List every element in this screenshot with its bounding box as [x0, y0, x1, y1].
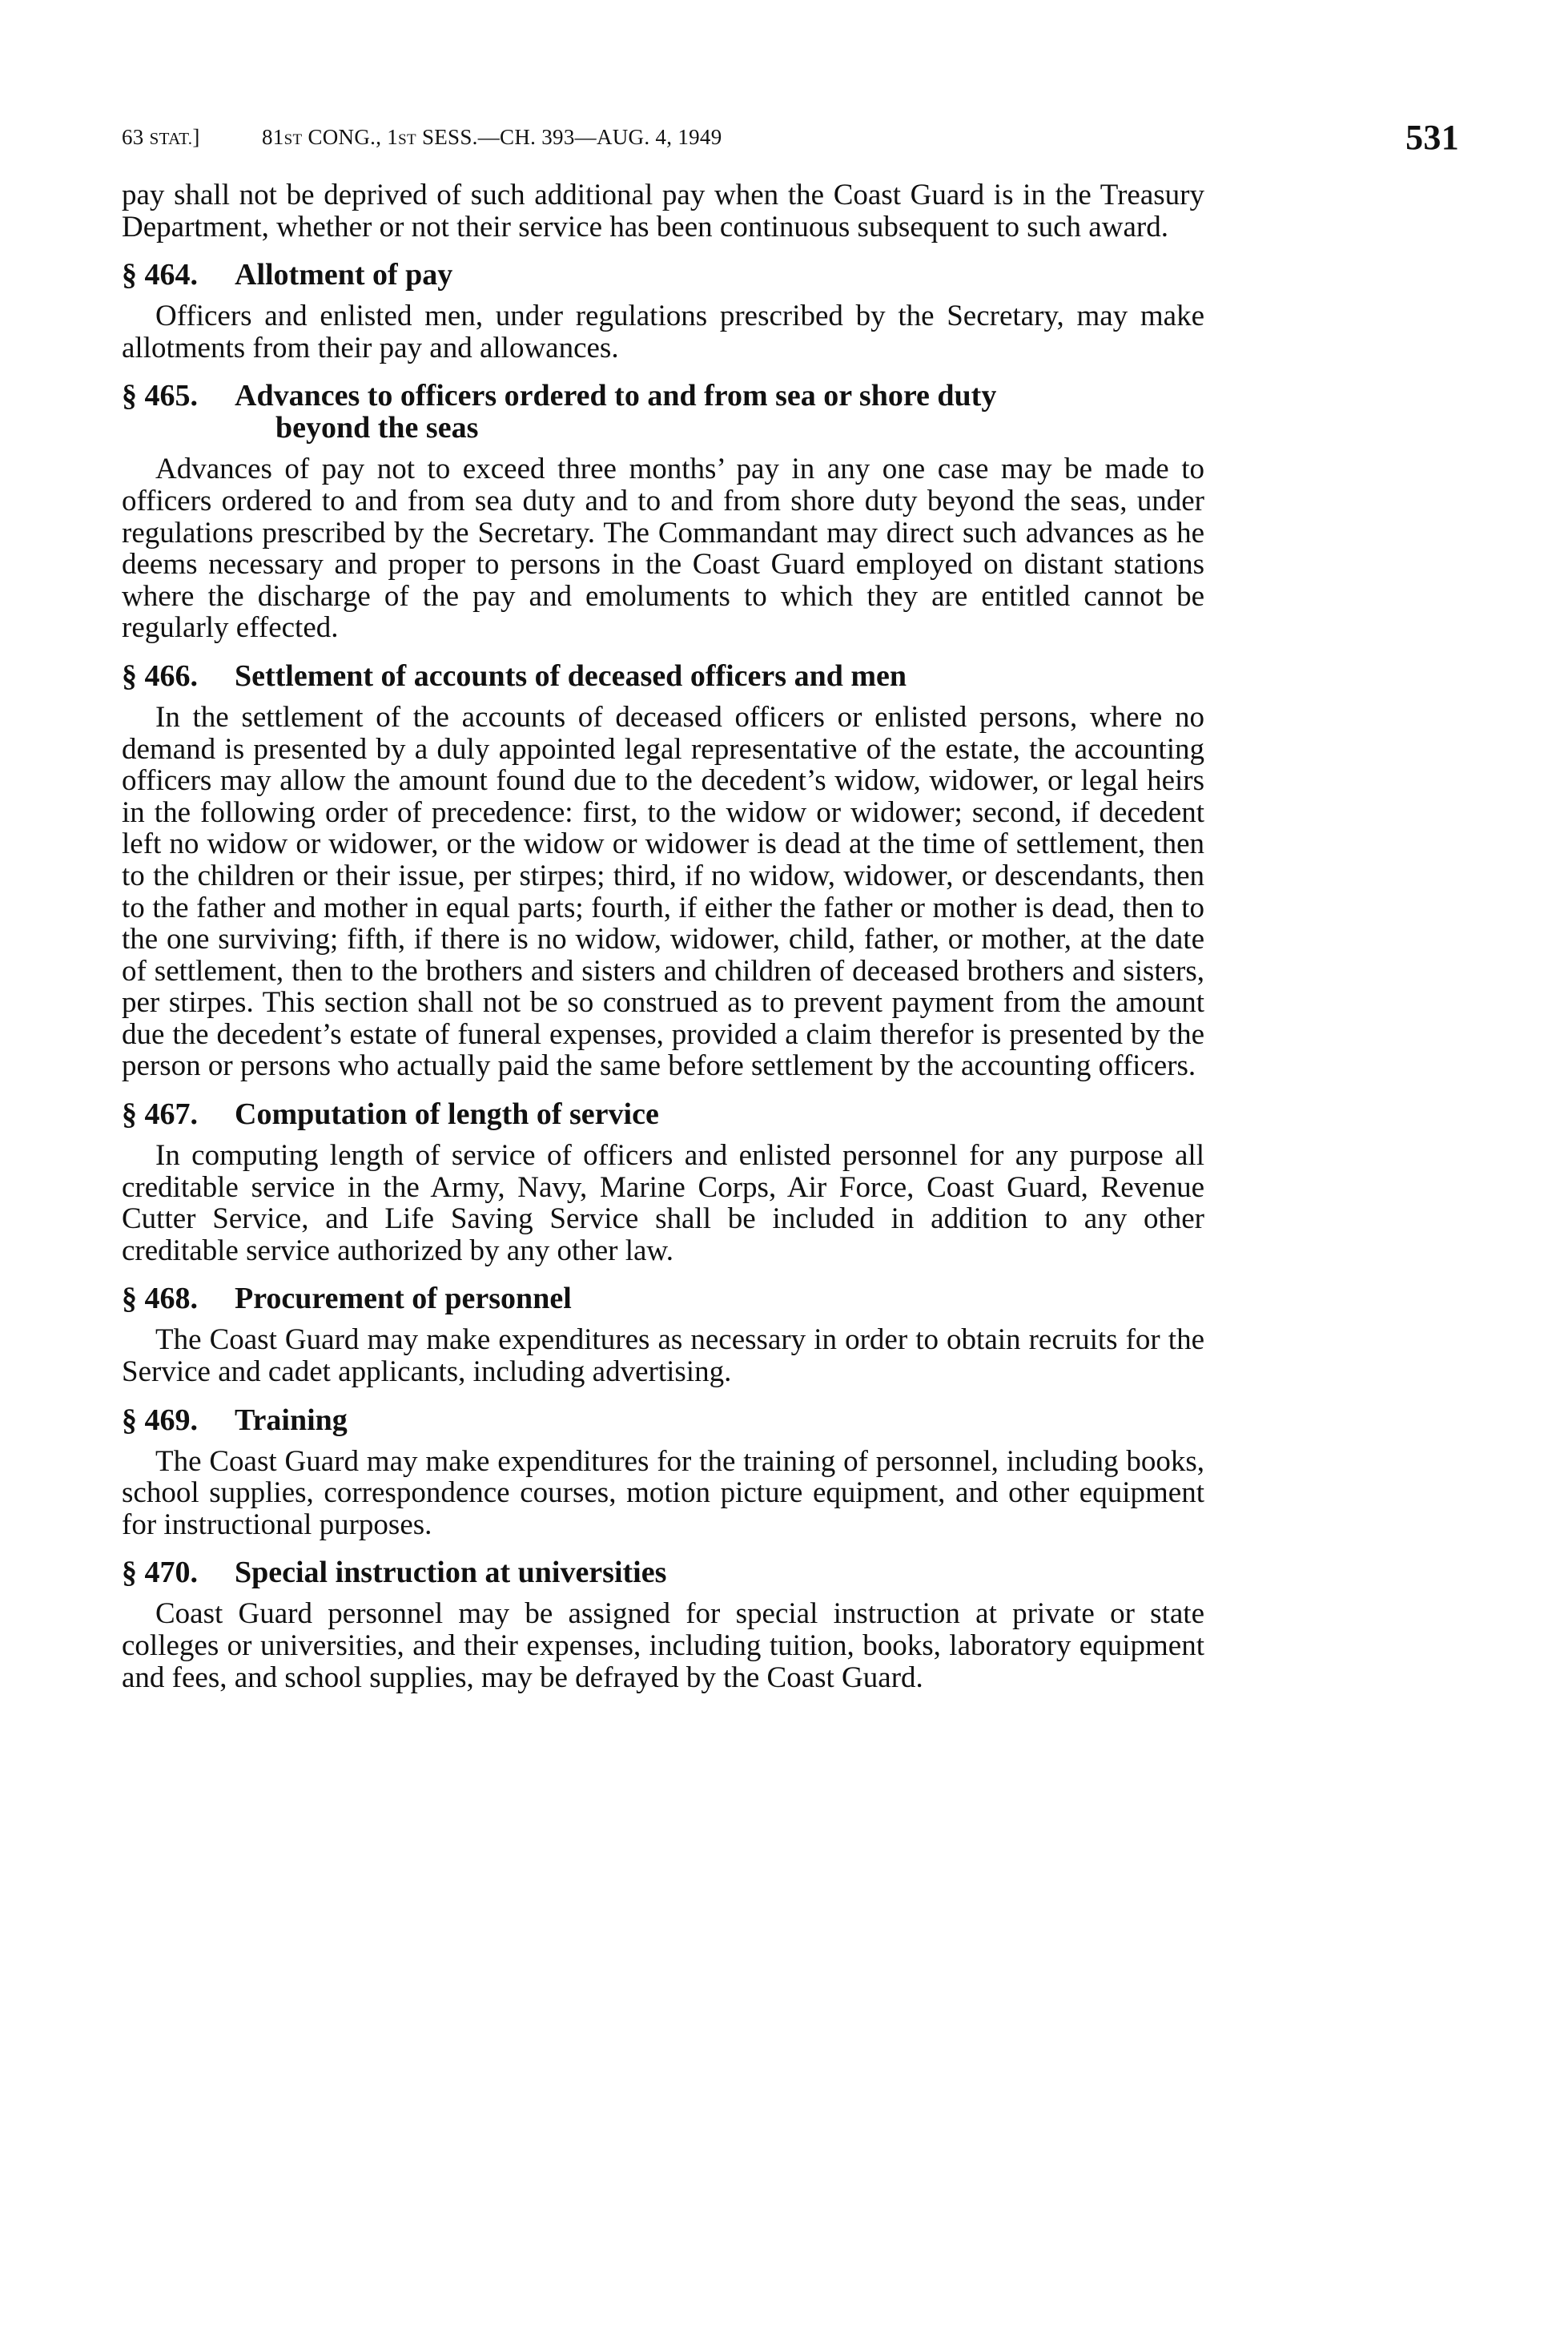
section-title: Settlement of accounts of deceased offic… [235, 660, 1204, 692]
section-464: § 464. Allotment of pay Officers and enl… [122, 259, 1204, 364]
statute-page: 63 STAT.] 81ST CONG., 1ST SESS.—CH. 393—… [0, 0, 1568, 2347]
section-469: § 469. Training The Coast Guard may make… [122, 1404, 1204, 1541]
section-title: Allotment of pay [235, 259, 1204, 291]
section-body: Coast Guard personnel may be assigned fo… [122, 1598, 1204, 1693]
section-heading: § 470. Special instruction at universiti… [122, 1556, 1204, 1588]
section-468: § 468. Procurement of personnel The Coas… [122, 1282, 1204, 1387]
section-heading: § 467. Computation of length of service [122, 1098, 1204, 1130]
section-heading: § 466. Settlement of accounts of decease… [122, 660, 1204, 692]
section-title: Procurement of personnel [235, 1282, 1204, 1314]
section-467: § 467. Computation of length of service … [122, 1098, 1204, 1266]
volume-number: 63 [122, 125, 150, 149]
congress-ordinal: ST [284, 131, 303, 148]
section-466: § 466. Settlement of accounts of decease… [122, 660, 1204, 1082]
section-number: § 467. [122, 1098, 235, 1130]
congress-label: CONG., 1 [302, 125, 398, 149]
text-column: pay shall not be deprived of such additi… [122, 179, 1204, 1693]
volume-bracket: ] [192, 125, 199, 149]
congress-session-date: 81ST CONG., 1ST SESS.—CH. 393—AUG. 4, 19… [262, 125, 722, 150]
section-body: Officers and enlisted men, under regulat… [122, 300, 1204, 364]
section-470: § 470. Special instruction at universiti… [122, 1556, 1204, 1693]
section-number: § 468. [122, 1282, 235, 1314]
section-body: Advances of pay not to exceed three mont… [122, 453, 1204, 644]
section-heading: § 464. Allotment of pay [122, 259, 1204, 291]
volume-abbrev: STAT. [150, 129, 193, 148]
section-title-line2: beyond the seas [235, 412, 1204, 444]
section-title: Training [235, 1404, 1204, 1436]
running-head: 63 STAT.] 81ST CONG., 1ST SESS.—CH. 393—… [122, 120, 1459, 155]
section-number: § 465. [122, 380, 235, 444]
section-body: The Coast Guard may make expenditures fo… [122, 1446, 1204, 1541]
section-title-line1: Advances to officers ordered to and from… [235, 379, 996, 413]
section-title: Advances to officers ordered to and from… [235, 380, 1204, 444]
section-heading: § 468. Procurement of personnel [122, 1282, 1204, 1314]
congress-number: 81 [262, 125, 284, 149]
section-number: § 466. [122, 660, 235, 692]
section-body: The Coast Guard may make expenditures as… [122, 1324, 1204, 1387]
section-number: § 469. [122, 1404, 235, 1436]
section-body: In computing length of service of office… [122, 1140, 1204, 1266]
session-chapter-date: SESS.—CH. 393—AUG. 4, 1949 [416, 125, 722, 149]
section-465: § 465. Advances to officers ordered to a… [122, 380, 1204, 644]
volume-citation: 63 STAT.] [122, 125, 200, 150]
continuation-paragraph: pay shall not be deprived of such additi… [122, 179, 1204, 243]
section-heading: § 469. Training [122, 1404, 1204, 1436]
section-body: In the settlement of the accounts of dec… [122, 702, 1204, 1082]
session-ordinal: ST [398, 131, 416, 148]
section-number: § 470. [122, 1556, 235, 1588]
section-title: Computation of length of service [235, 1098, 1204, 1130]
section-title: Special instruction at universities [235, 1556, 1204, 1588]
page-number: 531 [1405, 117, 1459, 158]
section-heading: § 465. Advances to officers ordered to a… [122, 380, 1204, 444]
section-number: § 464. [122, 259, 235, 291]
